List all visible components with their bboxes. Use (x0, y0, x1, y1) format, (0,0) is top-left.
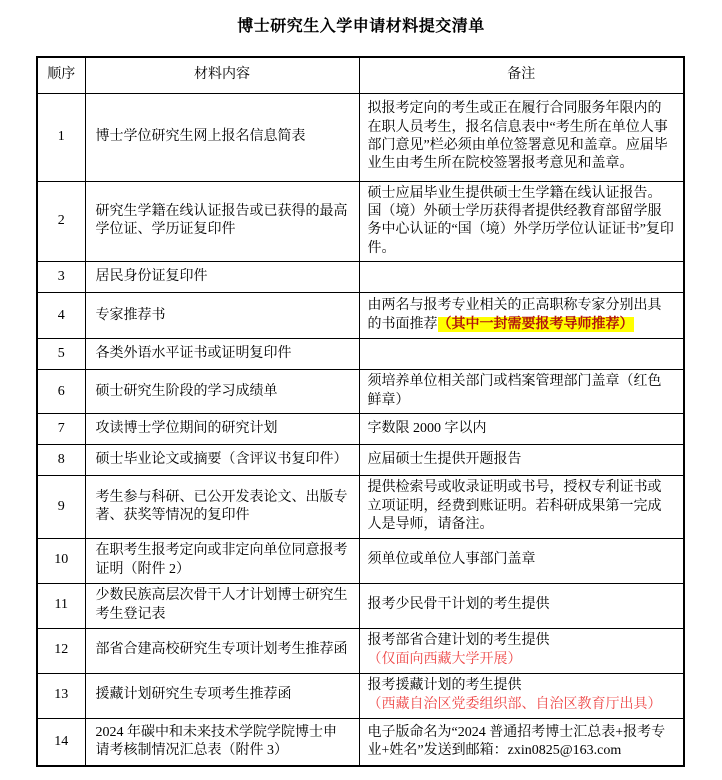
remark-red-note: （仅面向西藏大学开展） (368, 651, 676, 669)
cell-content: 硕士研究生阶段的学习成绩单 (85, 370, 359, 414)
cell-content: 各类外语水平证书或证明复印件 (85, 339, 359, 370)
remark-text: 字数限 2000 字以内 (368, 421, 487, 436)
remark-text: 须单位或单位人事部门盖章 (368, 552, 536, 567)
table-row: 13 援藏计划研究生专项考生推荐函 报考援藏计划的考生提供（西藏自治区党委组织部… (37, 673, 684, 718)
cell-remark: 提供检索号或收录证明或书号，授权专利证书或立项证明，经费到账证明。若科研成果第一… (359, 476, 684, 538)
header-cell-content: 材料内容 (85, 57, 359, 93)
table-row: 11 少数民族高层次骨干人才计划博士研究生考生登记表 报考少民骨干计划的考生提供 (37, 583, 684, 628)
cell-remark: 须培养单位相关部门或档案管理部门盖章（红色鲜章） (359, 370, 684, 414)
table-row: 5 各类外语水平证书或证明复印件 (37, 339, 684, 370)
cell-content: 援藏计划研究生专项考生推荐函 (85, 673, 359, 718)
remark-text: 拟报考定向的考生或正在履行合同服务年限内的在职人员考生，报名信息表中“考生所在单… (368, 101, 668, 171)
remark-text: 应届硕士生提供开题报告 (368, 452, 522, 467)
remark-text: 电子版命名为“2024 普通招考博士汇总表+报考专业+姓名”发送到邮箱：zxin… (368, 725, 666, 758)
remark-text: 报考少民骨干计划的考生提供 (368, 597, 550, 612)
table-row: 12 部省合建高校研究生专项计划考生推荐函 报考部省合建计划的考生提供（仅面向西… (37, 628, 684, 673)
remark-text: 提供检索号或收录证明或书号，授权专利证书或立项证明，经费到账证明。若科研成果第一… (368, 480, 662, 532)
table-row: 3 居民身份证复印件 (37, 262, 684, 293)
table-row: 8 硕士毕业论文或摘要（含评议书复印件） 应届硕士生提供开题报告 (37, 445, 684, 476)
remark-text: 须培养单位相关部门或档案管理部门盖章（红色鲜章） (368, 374, 662, 407)
cell-order: 9 (37, 476, 85, 538)
cell-remark: 报考少民骨干计划的考生提供 (359, 583, 684, 628)
cell-content: 研究生学籍在线认证报告或已获得的最高学位证、学历证复印件 (85, 181, 359, 262)
remark-text: 报考援藏计划的考生提供 (368, 678, 522, 693)
remark-red-note: （西藏自治区党委组织部、自治区教育厅出具） (368, 696, 676, 714)
cell-content: 部省合建高校研究生专项计划考生推荐函 (85, 628, 359, 673)
cell-order: 6 (37, 370, 85, 414)
header-cell-order: 顺序 (37, 57, 85, 93)
page-title: 博士研究生入学申请材料提交清单 (0, 0, 722, 36)
cell-remark: 拟报考定向的考生或正在履行合同服务年限内的在职人员考生，报名信息表中“考生所在单… (359, 93, 684, 181)
cell-order: 4 (37, 293, 85, 339)
cell-order: 13 (37, 673, 85, 718)
cell-order: 11 (37, 583, 85, 628)
remark-text: 硕士应届毕业生提供硕士生学籍在线认证报告。 国（境）外硕士学历获得者提供经教育部… (368, 186, 674, 256)
cell-order: 7 (37, 414, 85, 445)
cell-remark (359, 262, 684, 293)
table-row: 7 攻读博士学位期间的研究计划 字数限 2000 字以内 (37, 414, 684, 445)
cell-content: 攻读博士学位期间的研究计划 (85, 414, 359, 445)
cell-order: 3 (37, 262, 85, 293)
cell-content: 在职考生报考定向或非定向单位同意报考证明（附件 2） (85, 538, 359, 583)
table-row: 9 考生参与科研、已公开发表论文、出版专著、获奖等情况的复印件 提供检索号或收录… (37, 476, 684, 538)
cell-remark: 须单位或单位人事部门盖章 (359, 538, 684, 583)
cell-remark: 字数限 2000 字以内 (359, 414, 684, 445)
cell-remark (359, 339, 684, 370)
cell-order: 1 (37, 93, 85, 181)
cell-remark: 硕士应届毕业生提供硕士生学籍在线认证报告。 国（境）外硕士学历获得者提供经教育部… (359, 181, 684, 262)
cell-content: 居民身份证复印件 (85, 262, 359, 293)
cell-remark: 电子版命名为“2024 普通招考博士汇总表+报考专业+姓名”发送到邮箱：zxin… (359, 718, 684, 766)
cell-content: 博士学位研究生网上报名信息简表 (85, 93, 359, 181)
cell-content: 考生参与科研、已公开发表论文、出版专著、获奖等情况的复印件 (85, 476, 359, 538)
cell-remark: 应届硕士生提供开题报告 (359, 445, 684, 476)
cell-content: 专家推荐书 (85, 293, 359, 339)
remark-highlighted-text: （其中一封需要报考导师推荐） (438, 317, 634, 332)
cell-remark: 报考部省合建计划的考生提供（仅面向西藏大学开展） (359, 628, 684, 673)
cell-remark: 由两名与报考专业相关的正高职称专家分别出具的书面推荐（其中一封需要报考导师推荐） (359, 293, 684, 339)
table-row: 14 2024 年碳中和未来技术学院学院博士申请考核制情况汇总表（附件 3） 电… (37, 718, 684, 766)
table-header-row: 顺序 材料内容 备注 (37, 57, 684, 93)
cell-remark: 报考援藏计划的考生提供（西藏自治区党委组织部、自治区教育厅出具） (359, 673, 684, 718)
table-row: 2 研究生学籍在线认证报告或已获得的最高学位证、学历证复印件 硕士应届毕业生提供… (37, 181, 684, 262)
cell-order: 10 (37, 538, 85, 583)
remark-text: 报考部省合建计划的考生提供 (368, 633, 550, 648)
cell-order: 14 (37, 718, 85, 766)
cell-content: 硕士毕业论文或摘要（含评议书复印件） (85, 445, 359, 476)
cell-order: 5 (37, 339, 85, 370)
header-cell-remark: 备注 (359, 57, 684, 93)
table-row: 1 博士学位研究生网上报名信息简表 拟报考定向的考生或正在履行合同服务年限内的在… (37, 93, 684, 181)
cell-order: 8 (37, 445, 85, 476)
cell-content: 少数民族高层次骨干人才计划博士研究生考生登记表 (85, 583, 359, 628)
cell-content: 2024 年碳中和未来技术学院学院博士申请考核制情况汇总表（附件 3） (85, 718, 359, 766)
table-row: 6 硕士研究生阶段的学习成绩单 须培养单位相关部门或档案管理部门盖章（红色鲜章） (37, 370, 684, 414)
table-row: 10 在职考生报考定向或非定向单位同意报考证明（附件 2） 须单位或单位人事部门… (37, 538, 684, 583)
materials-table: 顺序 材料内容 备注 1 博士学位研究生网上报名信息简表 拟报考定向的考生或正在… (36, 56, 685, 767)
table-row: 4 专家推荐书 由两名与报考专业相关的正高职称专家分别出具的书面推荐（其中一封需… (37, 293, 684, 339)
cell-order: 12 (37, 628, 85, 673)
cell-order: 2 (37, 181, 85, 262)
